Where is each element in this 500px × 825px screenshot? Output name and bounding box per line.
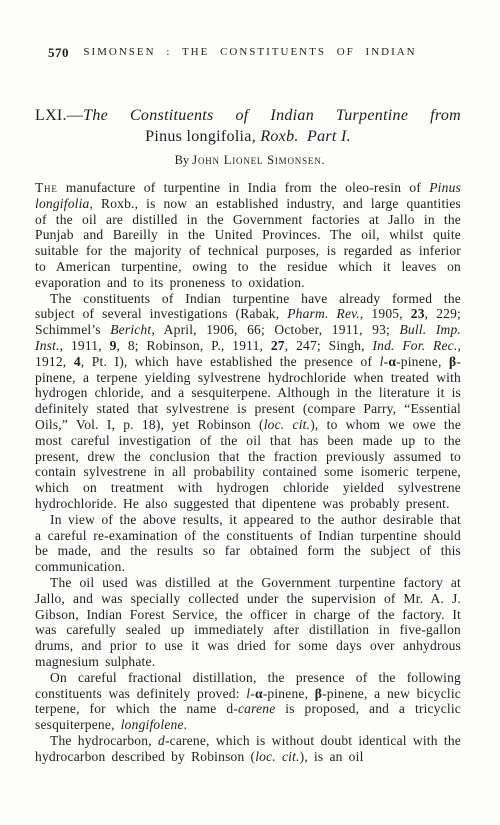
text-segment: Ind. For. Rec. [372, 338, 457, 353]
article-title-line1: LXI.—The Constituents of Indian Turpenti… [35, 106, 461, 125]
text-segment: The Constituents of Indian Turpentine fr… [83, 107, 461, 124]
text-segment: Pinus longifolia, [145, 128, 260, 145]
text-segment: John Lionel Simonsen. [192, 153, 325, 167]
text-segment: , April, 1906, 66; October, 1911, 93; [151, 322, 399, 337]
text-segment: In view of the above results, it appeare… [35, 512, 461, 574]
paragraph-2: The constituents of Indian turpentine ha… [35, 291, 461, 512]
text-segment: , Pt. I), which have established the pre… [81, 354, 380, 369]
article-title-line2: Pinus longifolia, Roxb. Part I. [35, 127, 461, 146]
text-segment: The [35, 180, 58, 195]
running-title: SIMONSEN : THE CONSTITUENTS OF INDIAN [0, 46, 500, 58]
text-segment: , Roxb., is now an established industry,… [35, 196, 461, 290]
journal-page: 570 SIMONSEN : THE CONSTITUENTS OF INDIA… [0, 0, 500, 825]
text-segment [299, 128, 307, 145]
text-segment: 4 [74, 354, 81, 369]
text-segment: , 8; Robinson, P., 1911, [117, 338, 271, 353]
paragraph-4: The oil used was distilled at the Govern… [35, 575, 461, 670]
paragraph-5: On careful fractional distillation, the … [35, 670, 461, 733]
text-segment: The hydrocarbon, [50, 733, 158, 748]
text-segment: , 1911, [60, 338, 110, 353]
text-segment: d [158, 733, 165, 748]
paragraph-6: The hydrocarbon, d-carene, which is with… [35, 733, 461, 765]
text-segment: , 1905, [360, 306, 411, 321]
text-segment: ), is an oil [300, 749, 364, 764]
text-segment: , 247; Singh, [285, 338, 373, 353]
text-segment: manufacture of turpentine in India from … [58, 180, 430, 195]
text-segment: 27 [271, 338, 285, 353]
paragraph-1: The manufacture of turpentine in India f… [35, 180, 461, 291]
paragraph-3: In view of the above results, it appeare… [35, 512, 461, 575]
text-segment: carene [238, 701, 275, 716]
text-segment: -pinene, [396, 354, 449, 369]
text-segment: α [388, 354, 396, 369]
byline: By John Lionel Simonsen. [0, 153, 500, 168]
text-segment: Bericht [110, 322, 151, 337]
text-segment: LXI.— [35, 107, 83, 124]
text-segment: -pinene, [263, 686, 315, 701]
text-segment: α [255, 686, 263, 701]
page-number: 570 [48, 45, 69, 61]
text-segment: loc. cit. [255, 749, 299, 764]
text-segment: The oil used was distilled at the Govern… [35, 575, 461, 669]
text-segment: 23 [411, 306, 425, 321]
article-title: LXI.—The Constituents of Indian Turpenti… [35, 106, 461, 146]
text-segment: β [315, 686, 322, 701]
text-segment: Roxb. [260, 128, 298, 145]
text-segment: By [175, 153, 193, 167]
text-segment: . [184, 717, 188, 732]
text-segment: longifolene [121, 717, 184, 732]
article-body: The manufacture of turpentine in India f… [35, 180, 461, 764]
text-segment: loc. cit. [264, 417, 311, 432]
text-segment: Pharm. Rev. [287, 306, 360, 321]
text-segment: Part I. [307, 128, 351, 145]
running-header: 570 SIMONSEN : THE CONSTITUENTS OF INDIA… [0, 0, 500, 62]
text-segment: 9 [110, 338, 117, 353]
